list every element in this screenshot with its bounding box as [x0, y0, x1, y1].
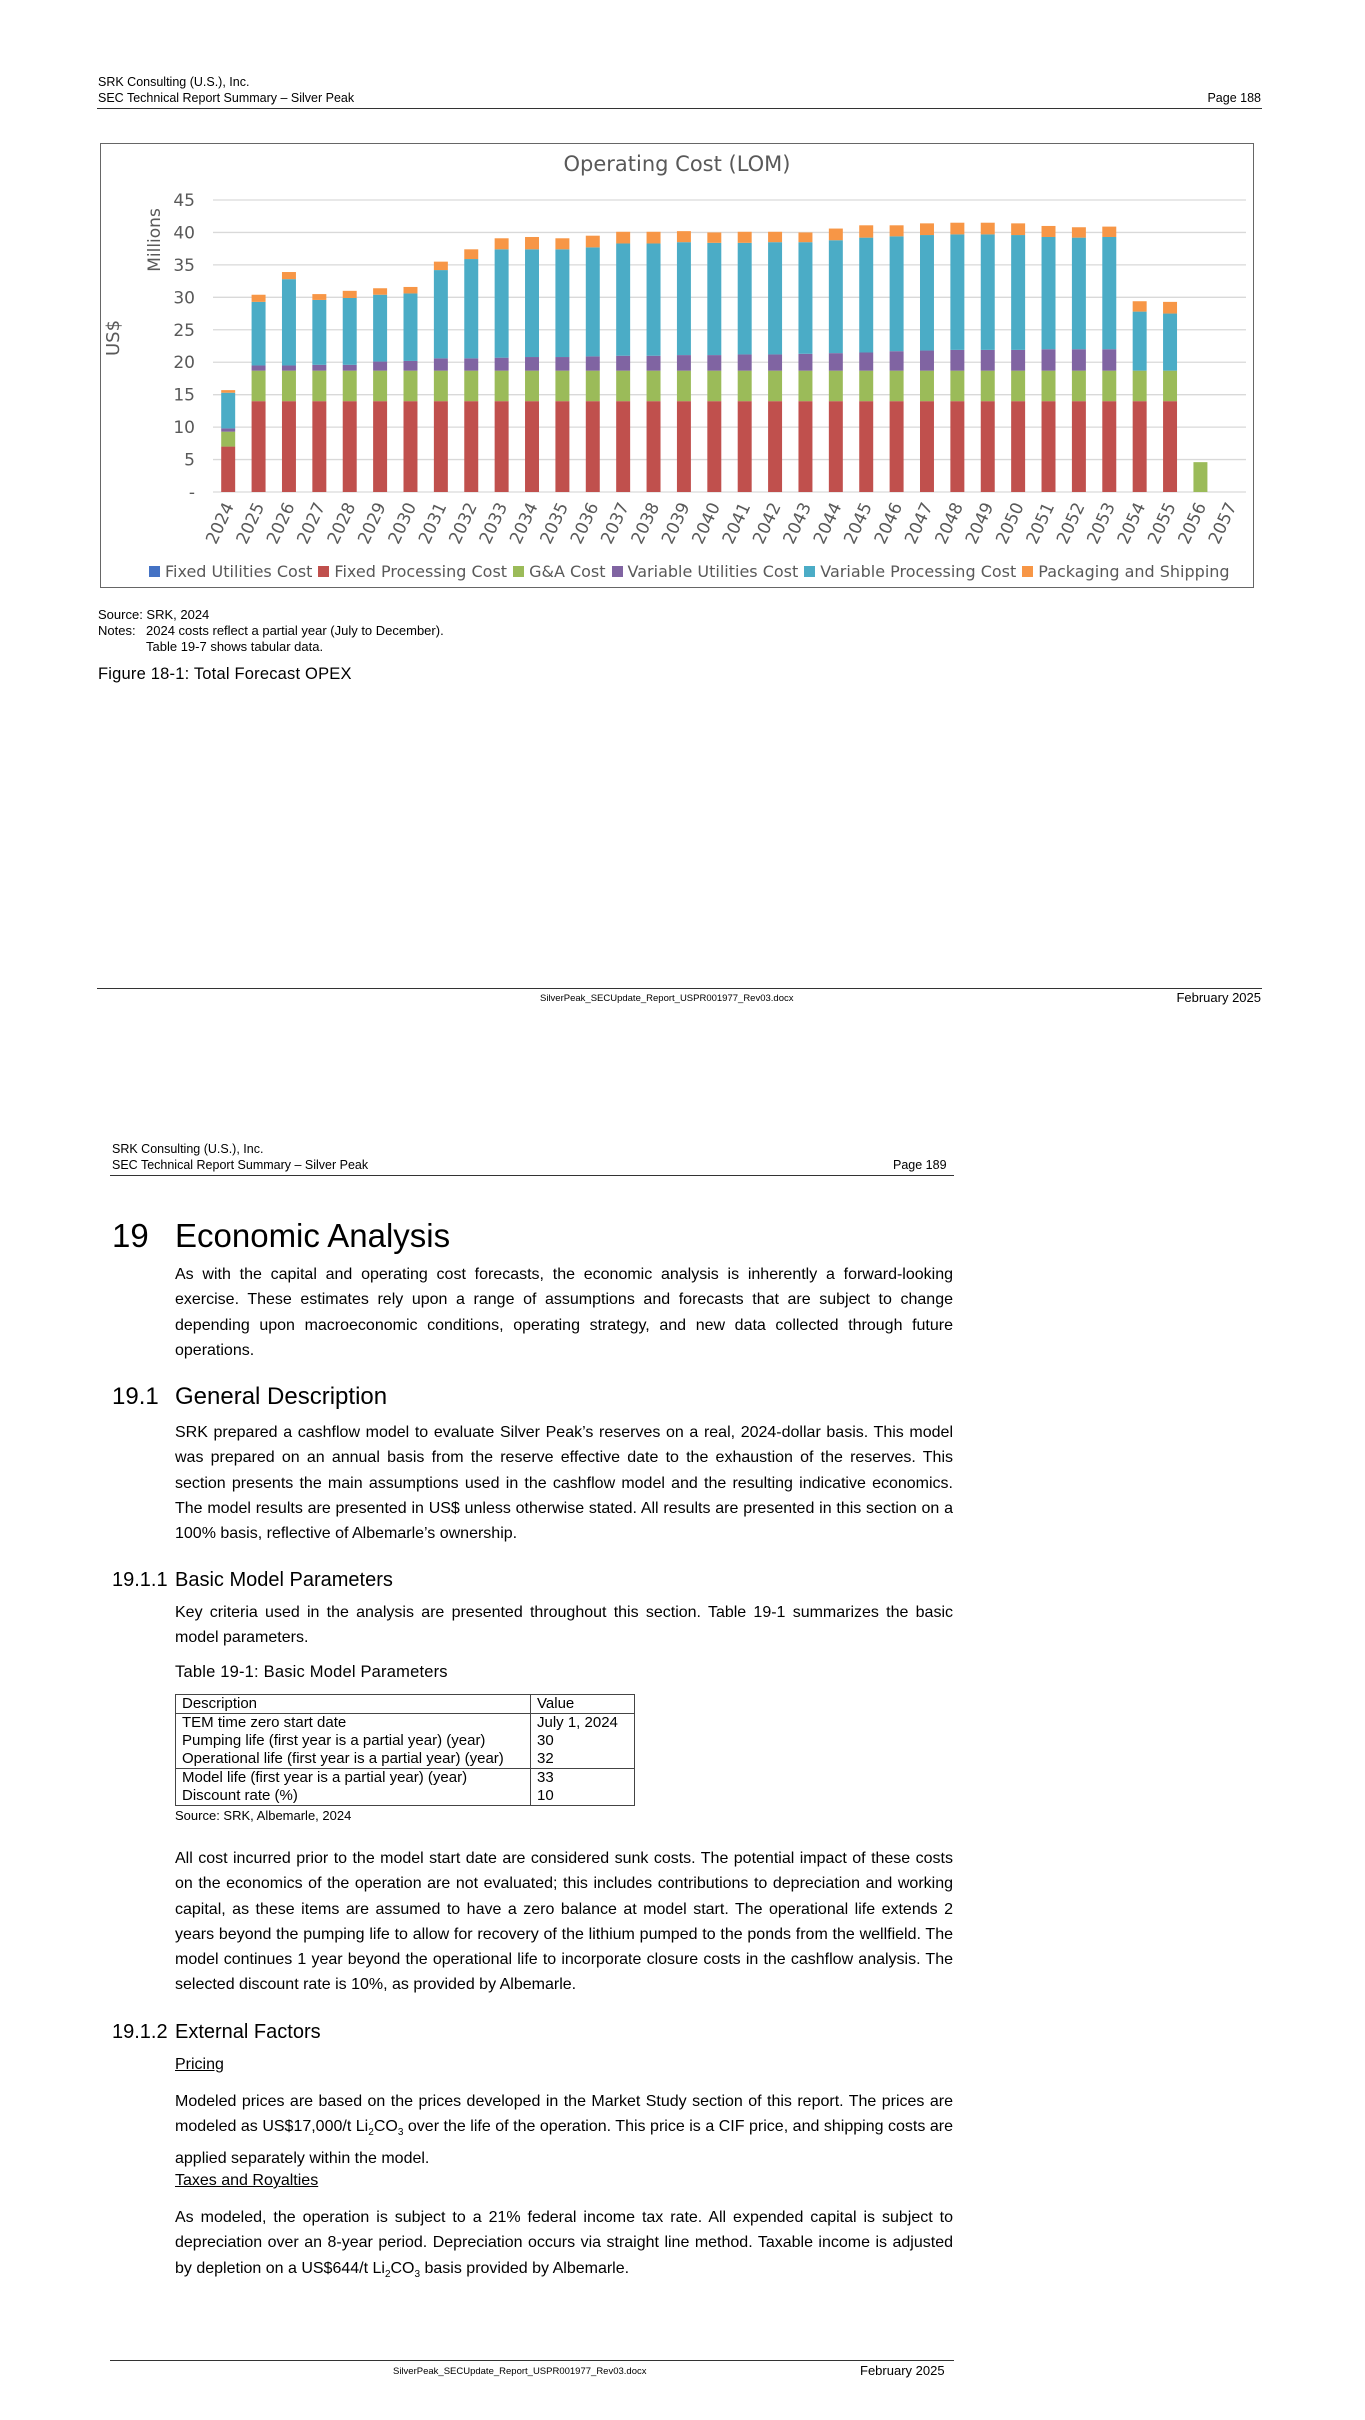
section-19-1-1-number: 19.1.1 [112, 1569, 168, 1592]
header-rule [97, 108, 1262, 109]
bar-segment [434, 262, 448, 270]
bar-segment [616, 356, 630, 371]
bar-segment [950, 223, 964, 235]
bar-segment [1042, 401, 1056, 492]
opex-chart: Operating Cost (LOM) -51015202530354045U… [100, 143, 1254, 588]
taxes-heading: Taxes and Royalties [175, 2172, 318, 2190]
legend-label: Fixed Utilities Cost [165, 562, 312, 581]
bar-segment [647, 401, 661, 492]
section-19-intro: As with the capital and operating cost f… [175, 1262, 953, 1363]
bar-segment [647, 356, 661, 371]
bar-segment [859, 352, 873, 370]
section-19-1-1-body-2: All cost incurred prior to the model sta… [175, 1846, 953, 1998]
figure-note-1: 2024 costs reflect a partial year (July … [146, 623, 444, 638]
table-row: Operational life (first year is a partia… [176, 1750, 635, 1769]
bar-segment [373, 401, 387, 492]
bar-segment [1042, 349, 1056, 370]
bar-segment [1133, 401, 1147, 492]
table-source: Source: SRK, Albemarle, 2024 [175, 1808, 351, 1823]
taxes-text: basis provided by Albemarle. [420, 2260, 629, 2277]
bar-segment [555, 401, 569, 492]
bar-segment [829, 353, 843, 371]
bar-segment [950, 234, 964, 350]
bar-segment [950, 401, 964, 492]
legend-item: Fixed Utilities Cost [149, 562, 312, 581]
bar-segment [221, 432, 235, 447]
bar-segment [798, 242, 812, 354]
bar-segment [738, 371, 752, 401]
bar-segment [373, 362, 387, 371]
y-tick-label: 5 [184, 451, 195, 471]
section-19-1-number: 19.1 [112, 1383, 159, 1411]
bar-segment [920, 351, 934, 371]
legend-label: Variable Processing Cost [820, 562, 1016, 581]
taxes-text: CO [391, 2260, 415, 2277]
bar-segment [768, 354, 782, 370]
bar-segment [707, 243, 721, 355]
bar-segment [1011, 371, 1025, 401]
legend-swatch-icon [149, 566, 160, 577]
legend-item: G&A Cost [513, 562, 605, 581]
bar-segment [616, 371, 630, 401]
table-cell-description: TEM time zero start date [176, 1714, 531, 1733]
bar-segment [768, 242, 782, 354]
bar-segment [738, 401, 752, 492]
bar-segment [495, 238, 509, 249]
y-axis-label: US$ [103, 320, 124, 356]
bar-segment [464, 371, 478, 401]
bar-segment [798, 354, 812, 371]
bar-segment [890, 401, 904, 492]
bar-segment [252, 302, 266, 366]
section-19-1-body: SRK prepared a cashflow model to evaluat… [175, 1420, 953, 1546]
bar-segment [555, 249, 569, 357]
bar-segment [282, 279, 296, 365]
bar-segment [403, 293, 417, 360]
header-company: SRK Consulting (U.S.), Inc. [98, 75, 249, 90]
header-company: SRK Consulting (U.S.), Inc. [112, 1142, 263, 1157]
section-19-1-2-number: 19.1.2 [112, 2021, 168, 2044]
bar-segment [282, 272, 296, 279]
bar-segment [616, 232, 630, 244]
chart-plot: -51015202530354045US$Millions20242025202… [101, 144, 1253, 559]
bar-segment [495, 401, 509, 492]
section-19-title: Economic Analysis [175, 1217, 450, 1255]
bar-segment [616, 243, 630, 355]
figure-caption: Figure 18-1: Total Forecast OPEX [98, 665, 352, 684]
header-page-number: Page 188 [1207, 91, 1261, 106]
y-tick-label: 15 [173, 386, 195, 406]
bar-segment [890, 236, 904, 351]
bar-segment [403, 287, 417, 293]
bar-segment [1011, 235, 1025, 350]
bar-segment [343, 291, 357, 298]
bar-segment [434, 401, 448, 492]
header-report-title: SEC Technical Report Summary – Silver Pe… [98, 91, 354, 106]
y-tick-label: - [189, 483, 195, 503]
header-rule [110, 1175, 954, 1176]
header-report-title: SEC Technical Report Summary – Silver Pe… [112, 1158, 368, 1173]
bar-segment [738, 232, 752, 243]
bar-segment [373, 295, 387, 362]
table-cell-description: Pumping life (first year is a partial ye… [176, 1732, 531, 1750]
bar-segment [950, 350, 964, 371]
y-tick-label: 35 [173, 256, 195, 276]
bar-segment [707, 371, 721, 401]
footer-rule [97, 988, 1262, 989]
bar-segment [677, 242, 691, 355]
bar-segment [312, 371, 326, 401]
footer-date: February 2025 [860, 2363, 945, 2378]
bar-segment [282, 401, 296, 492]
table-header-row: Description Value [176, 1695, 635, 1714]
bar-segment [981, 223, 995, 235]
legend-swatch-icon [318, 566, 329, 577]
bar-segment [707, 232, 721, 242]
bar-segment [859, 225, 873, 237]
bar-segment [312, 365, 326, 371]
table-cell-value: 33 [531, 1769, 635, 1788]
bar-segment [1163, 314, 1177, 371]
bar-segment [403, 361, 417, 371]
bar-segment [434, 270, 448, 358]
bar-segment [981, 401, 995, 492]
table-cell-value: July 1, 2024 [531, 1714, 635, 1733]
bar-segment [1072, 401, 1086, 492]
bar-segment [252, 295, 266, 302]
bar-segment [464, 358, 478, 370]
bar-segment [798, 371, 812, 401]
bar-segment [1072, 227, 1086, 237]
bar-segment [738, 354, 752, 370]
bar-segment [890, 351, 904, 370]
y-tick-label: 40 [173, 223, 195, 243]
bar-segment [343, 298, 357, 365]
bar-segment [647, 371, 661, 401]
footer-filename: SilverPeak_SECUpdate_Report_USPR001977_R… [540, 993, 794, 1004]
table-caption: Table 19-1: Basic Model Parameters [175, 1663, 448, 1682]
bar-segment [1102, 227, 1116, 237]
table-cell-description: Operational life (first year is a partia… [176, 1750, 531, 1769]
section-19-1-1-title: Basic Model Parameters [175, 1569, 393, 1592]
section-19-1-2-title: External Factors [175, 2021, 321, 2044]
table-row: Pumping life (first year is a partial ye… [176, 1732, 635, 1750]
bar-segment [950, 371, 964, 401]
bar-segment [464, 401, 478, 492]
bar-segment [768, 401, 782, 492]
legend-item: Fixed Processing Cost [318, 562, 507, 581]
legend-item: Variable Processing Cost [804, 562, 1016, 581]
bar-segment [1011, 401, 1025, 492]
bar-segment [768, 371, 782, 401]
y-tick-label: 10 [173, 418, 195, 438]
table-row: Discount rate (%) 10 [176, 1787, 635, 1806]
bar-segment [798, 401, 812, 492]
basic-model-parameters-table: Description Value TEM time zero start da… [175, 1694, 635, 1806]
bar-segment [920, 223, 934, 235]
header-page-number: Page 189 [893, 1158, 947, 1173]
chart-legend: Fixed Utilities CostFixed Processing Cos… [149, 562, 1236, 581]
footer-date: February 2025 [1176, 990, 1261, 1005]
bar-segment [1072, 371, 1086, 401]
footer-filename: SilverPeak_SECUpdate_Report_USPR001977_R… [393, 2366, 647, 2377]
bar-segment [981, 350, 995, 371]
bar-segment [1163, 401, 1177, 492]
bar-segment [586, 247, 600, 356]
legend-swatch-icon [1022, 566, 1033, 577]
y-tick-label: 45 [173, 191, 195, 211]
bar-segment [798, 232, 812, 242]
bar-segment [1163, 302, 1177, 314]
bar-segment [586, 236, 600, 248]
y-tick-label: 25 [173, 321, 195, 341]
bar-segment [495, 249, 509, 357]
bar-segment [586, 371, 600, 401]
bar-segment [221, 393, 235, 429]
bar-segment [890, 225, 904, 236]
table-cell-description: Discount rate (%) [176, 1787, 531, 1806]
bar-segment [1072, 349, 1086, 370]
bar-segment [343, 365, 357, 371]
legend-swatch-icon [513, 566, 524, 577]
table-cell-value: 10 [531, 1787, 635, 1806]
section-19-1-title: General Description [175, 1383, 387, 1411]
bar-segment [677, 371, 691, 401]
bar-segment [920, 371, 934, 401]
bar-segment [1133, 312, 1147, 371]
bar-segment [1102, 401, 1116, 492]
bar-segment [1102, 237, 1116, 349]
figure-note-2: Table 19-7 shows tabular data. [146, 639, 323, 654]
bar-segment [525, 237, 539, 249]
bar-segment [221, 390, 235, 393]
bar-segment [981, 234, 995, 350]
bar-segment [1011, 223, 1025, 235]
bar-segment [434, 358, 448, 370]
bar-segment [495, 371, 509, 401]
bar-segment [829, 371, 843, 401]
bar-segment [343, 401, 357, 492]
bar-segment [890, 371, 904, 401]
bar-segment [768, 232, 782, 242]
legend-item: Packaging and Shipping [1022, 562, 1229, 581]
x-tick-label: 2057 [1205, 500, 1241, 548]
y-tick-label: 30 [173, 288, 195, 308]
bar-segment [373, 371, 387, 401]
legend-label: Fixed Processing Cost [334, 562, 507, 581]
bar-segment [1133, 371, 1147, 401]
table-header-description: Description [176, 1695, 531, 1714]
bar-segment [920, 235, 934, 351]
bar-segment [434, 371, 448, 401]
bar-segment [464, 259, 478, 358]
table-cell-description: Model life (first year is a partial year… [176, 1769, 531, 1788]
legend-label: G&A Cost [529, 562, 605, 581]
bar-segment [829, 229, 843, 241]
figure-notes-label: Notes: [98, 623, 136, 638]
bar-segment [647, 232, 661, 244]
bar-segment [1193, 462, 1207, 492]
bar-segment [829, 401, 843, 492]
table-header-value: Value [531, 1695, 635, 1714]
bar-segment [707, 401, 721, 492]
bar-segment [738, 243, 752, 355]
bar-segment [859, 238, 873, 353]
legend-item: Variable Utilities Cost [612, 562, 799, 581]
bar-segment [707, 355, 721, 371]
bar-segment [282, 371, 296, 401]
bar-segment [1163, 371, 1177, 401]
bar-segment [1102, 349, 1116, 370]
bar-segment [525, 249, 539, 357]
table-cell-value: 32 [531, 1750, 635, 1769]
bar-segment [1042, 371, 1056, 401]
bar-segment [252, 365, 266, 370]
bar-segment [312, 294, 326, 300]
figure-source: Source: SRK, 2024 [98, 607, 209, 622]
section-19-number: 19 [112, 1217, 149, 1255]
bar-segment [1072, 238, 1086, 350]
bar-segment [616, 401, 630, 492]
bar-segment [403, 401, 417, 492]
legend-swatch-icon [612, 566, 623, 577]
table-cell-value: 30 [531, 1732, 635, 1750]
bar-segment [859, 371, 873, 401]
bar-segment [859, 401, 873, 492]
taxes-body: As modeled, the operation is subject to … [175, 2205, 953, 2287]
bar-segment [677, 231, 691, 242]
bar-segment [1042, 226, 1056, 237]
bar-segment [373, 288, 387, 294]
table-row: TEM time zero start date July 1, 2024 [176, 1714, 635, 1733]
table-row: Model life (first year is a partial year… [176, 1769, 635, 1788]
bar-segment [252, 401, 266, 492]
bar-segment [282, 365, 296, 370]
bar-segment [677, 355, 691, 371]
bar-segment [221, 447, 235, 492]
bar-segment [555, 371, 569, 401]
bar-segment [920, 401, 934, 492]
legend-swatch-icon [804, 566, 815, 577]
bar-segment [586, 356, 600, 370]
bar-segment [1011, 350, 1025, 371]
y-tick-label: 20 [173, 353, 195, 373]
bar-segment [312, 300, 326, 365]
bar-segment [525, 371, 539, 401]
bar-segment [464, 249, 478, 259]
bar-segment [403, 371, 417, 401]
bar-segment [525, 401, 539, 492]
section-19-1-1-body: Key criteria used in the analysis are pr… [175, 1600, 953, 1651]
bar-segment [495, 358, 509, 371]
bar-segment [252, 371, 266, 401]
bar-segment [555, 357, 569, 371]
bar-segment [1102, 371, 1116, 401]
pricing-body: Modeled prices are based on the prices d… [175, 2089, 953, 2171]
footer-rule [110, 2360, 954, 2361]
bar-segment [647, 243, 661, 355]
bar-segment [343, 371, 357, 401]
bar-segment [1042, 237, 1056, 349]
legend-label: Variable Utilities Cost [628, 562, 799, 581]
bar-segment [586, 401, 600, 492]
bar-segment [829, 240, 843, 353]
pricing-heading: Pricing [175, 2056, 224, 2074]
legend-label: Packaging and Shipping [1038, 562, 1229, 581]
bar-segment [1133, 301, 1147, 311]
bar-segment [981, 371, 995, 401]
bar-segment [525, 357, 539, 371]
y-axis-unit-label: Millions [145, 208, 165, 272]
bar-segment [555, 238, 569, 249]
bar-segment [677, 401, 691, 492]
bar-segment [312, 401, 326, 492]
pricing-text: CO [374, 2118, 398, 2135]
bar-segment [221, 428, 235, 431]
